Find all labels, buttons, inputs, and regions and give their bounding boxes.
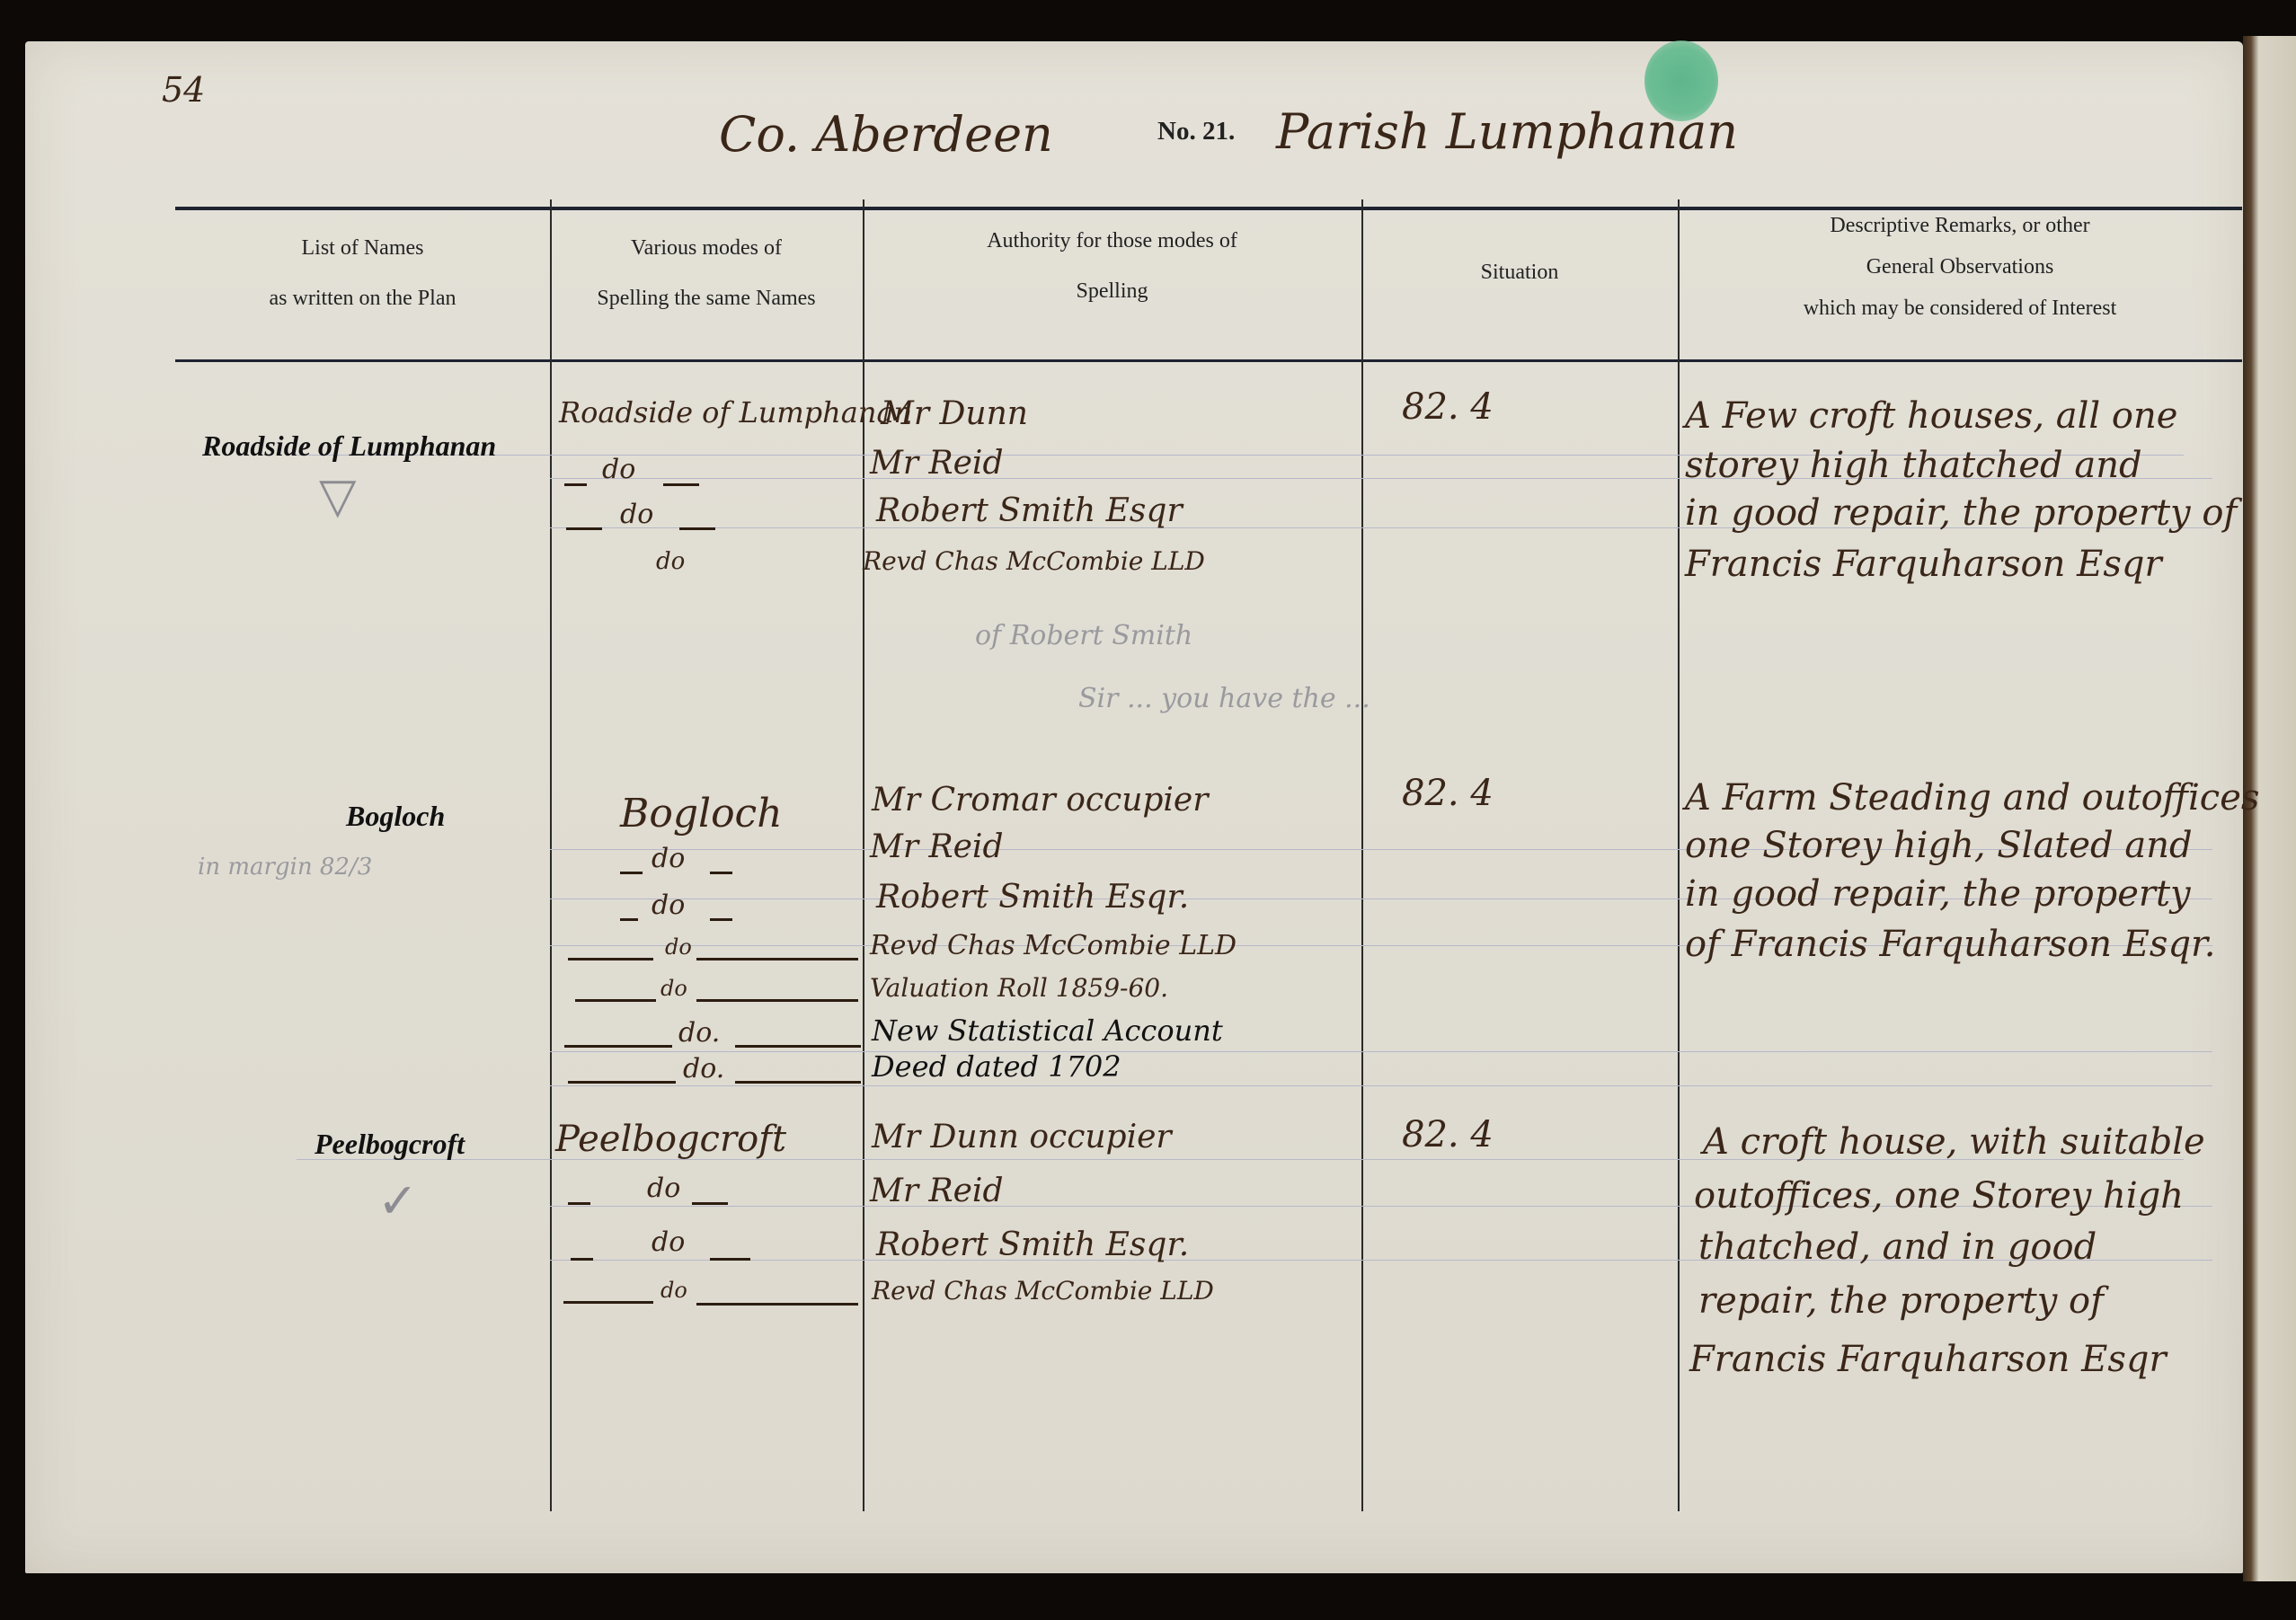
authority-cell: Mr Reid: [870, 1173, 1003, 1209]
spelling-cell: do: [660, 976, 687, 1001]
ditto-dash: [735, 1081, 861, 1084]
ditto-dash: [620, 918, 638, 921]
situation-cell: 82. 4: [1402, 773, 1494, 814]
remark-line: one Storey high, Slated and: [1685, 825, 2193, 866]
spelling-cell: Roadside of Lumphanan: [559, 395, 912, 429]
ink-blot: [1644, 40, 1718, 121]
place-name-roadside-of-lumphanan: Roadside of Lumphanan: [202, 429, 496, 463]
authority-cell: Robert Smith Esqr.: [876, 1226, 1189, 1263]
column-divider: [550, 199, 552, 1511]
authority-cell: Mr Dunn: [881, 395, 1028, 432]
header-bottom-rule: [175, 359, 2242, 362]
ditto-dash: [568, 1202, 590, 1205]
authority-cell: New Statistical Account: [872, 1014, 1223, 1048]
column-divider: [1361, 199, 1363, 1511]
remark-line: in good repair, the property: [1685, 873, 2191, 915]
ditto-dash: [663, 483, 699, 486]
authority-cell: Robert Smith Esqr: [876, 492, 1183, 529]
spelling-cell: do: [652, 890, 685, 921]
authority-cell: Deed dated 1702: [872, 1049, 1121, 1084]
ditto-dash: [620, 872, 643, 874]
situation-cell: 82. 4: [1402, 1114, 1494, 1155]
county-title: Co. Aberdeen: [719, 106, 1053, 163]
remark-line: of Francis Farquharson Esqr.: [1685, 924, 2216, 965]
remark-line: thatched, and in good: [1698, 1226, 2097, 1268]
remark-line: A Few croft houses, all one: [1685, 395, 2177, 437]
ditto-dash: [566, 527, 602, 530]
spelling-cell: do.: [683, 1053, 724, 1084]
ditto-dash: [710, 1258, 750, 1261]
remark-line: repair, the property of: [1698, 1280, 2104, 1322]
ditto-dash: [571, 1258, 593, 1261]
column-divider: [1678, 199, 1680, 1511]
check-mark: ✓: [377, 1173, 418, 1229]
remark-line: in good repair, the property of: [1685, 492, 2237, 534]
spelling-cell: Peelbogcroft: [555, 1119, 786, 1160]
spelling-cell: do: [660, 1278, 687, 1303]
remark-line: outoffices, one Storey high: [1694, 1175, 2184, 1217]
remark-line: A croft house, with suitable: [1703, 1121, 2205, 1163]
authority-cell: Revd Chas McCombie LLD: [863, 546, 1205, 576]
spelling-cell: Bogloch: [620, 791, 783, 837]
spelling-cell: do: [602, 454, 635, 485]
ditto-dash: [710, 872, 732, 874]
ditto-dash: [568, 958, 653, 960]
pencil-margin-note: in margin 82/3: [198, 854, 372, 881]
remark-line: A Farm Steading and outoffices: [1685, 777, 2259, 819]
ditto-dash: [568, 1081, 676, 1084]
place-name-peelbogcroft: Peelbogcroft: [315, 1128, 465, 1161]
authority-cell: Mr Reid: [870, 445, 1003, 482]
spelling-cell: do: [652, 843, 685, 874]
register-number: No. 21.: [1157, 117, 1235, 146]
spelling-cell: do: [656, 548, 685, 575]
spelling-cell: do.: [678, 1017, 720, 1049]
ditto-dash: [575, 999, 656, 1002]
ditto-dash: [692, 1202, 728, 1205]
page-number: 54: [162, 70, 205, 110]
ditto-dash: [710, 918, 732, 921]
authority-cell: Revd Chas McCombie LLD: [870, 930, 1237, 961]
ditto-dash: [564, 483, 587, 486]
spelling-cell: do: [652, 1226, 685, 1258]
spelling-cell: do: [620, 499, 653, 530]
spelling-cell: do: [665, 934, 692, 960]
pencil-note: of Robert Smith: [975, 620, 1192, 651]
authority-cell: Mr Dunn occupier: [872, 1119, 1172, 1155]
column-header-names: List of Names as written on the Plan: [175, 223, 550, 323]
authority-cell: Mr Reid: [870, 828, 1003, 865]
authority-cell: Valuation Roll 1859-60.: [870, 973, 1168, 1003]
authority-cell: Robert Smith Esqr.: [876, 879, 1189, 916]
ditto-dash: [679, 527, 715, 530]
check-mark: ▽: [319, 467, 357, 524]
place-name-bogloch: Bogloch: [346, 800, 445, 833]
ditto-dash: [564, 1045, 672, 1048]
ditto-dash: [696, 999, 858, 1002]
ruled-line: [550, 1085, 2212, 1086]
authority-cell: Mr Cromar occupier: [872, 782, 1208, 819]
remark-line: Francis Farquharson Esqr: [1685, 544, 2162, 585]
ditto-dash: [735, 1045, 861, 1048]
authority-cell: Revd Chas McCombie LLD: [872, 1276, 1214, 1306]
ditto-dash: [696, 958, 858, 960]
column-header-remarks: Descriptive Remarks, or other General Ob…: [1678, 205, 2242, 329]
column-header-situation: Situation: [1361, 247, 1678, 297]
ditto-dash: [696, 1303, 858, 1306]
situation-cell: 82. 4: [1402, 386, 1494, 428]
ruled-line: [550, 1051, 2212, 1052]
pencil-note: Sir ... you have the ...: [1078, 683, 1370, 714]
column-header-authority: Authority for those modes of Spelling: [863, 216, 1361, 316]
remark-line: Francis Farquharson Esqr: [1689, 1339, 2167, 1380]
column-header-spellings: Various modes of Spelling the same Names: [550, 223, 863, 323]
spelling-cell: do: [647, 1173, 680, 1204]
ditto-dash: [563, 1301, 653, 1304]
remark-line: storey high thatched and: [1685, 445, 2142, 486]
